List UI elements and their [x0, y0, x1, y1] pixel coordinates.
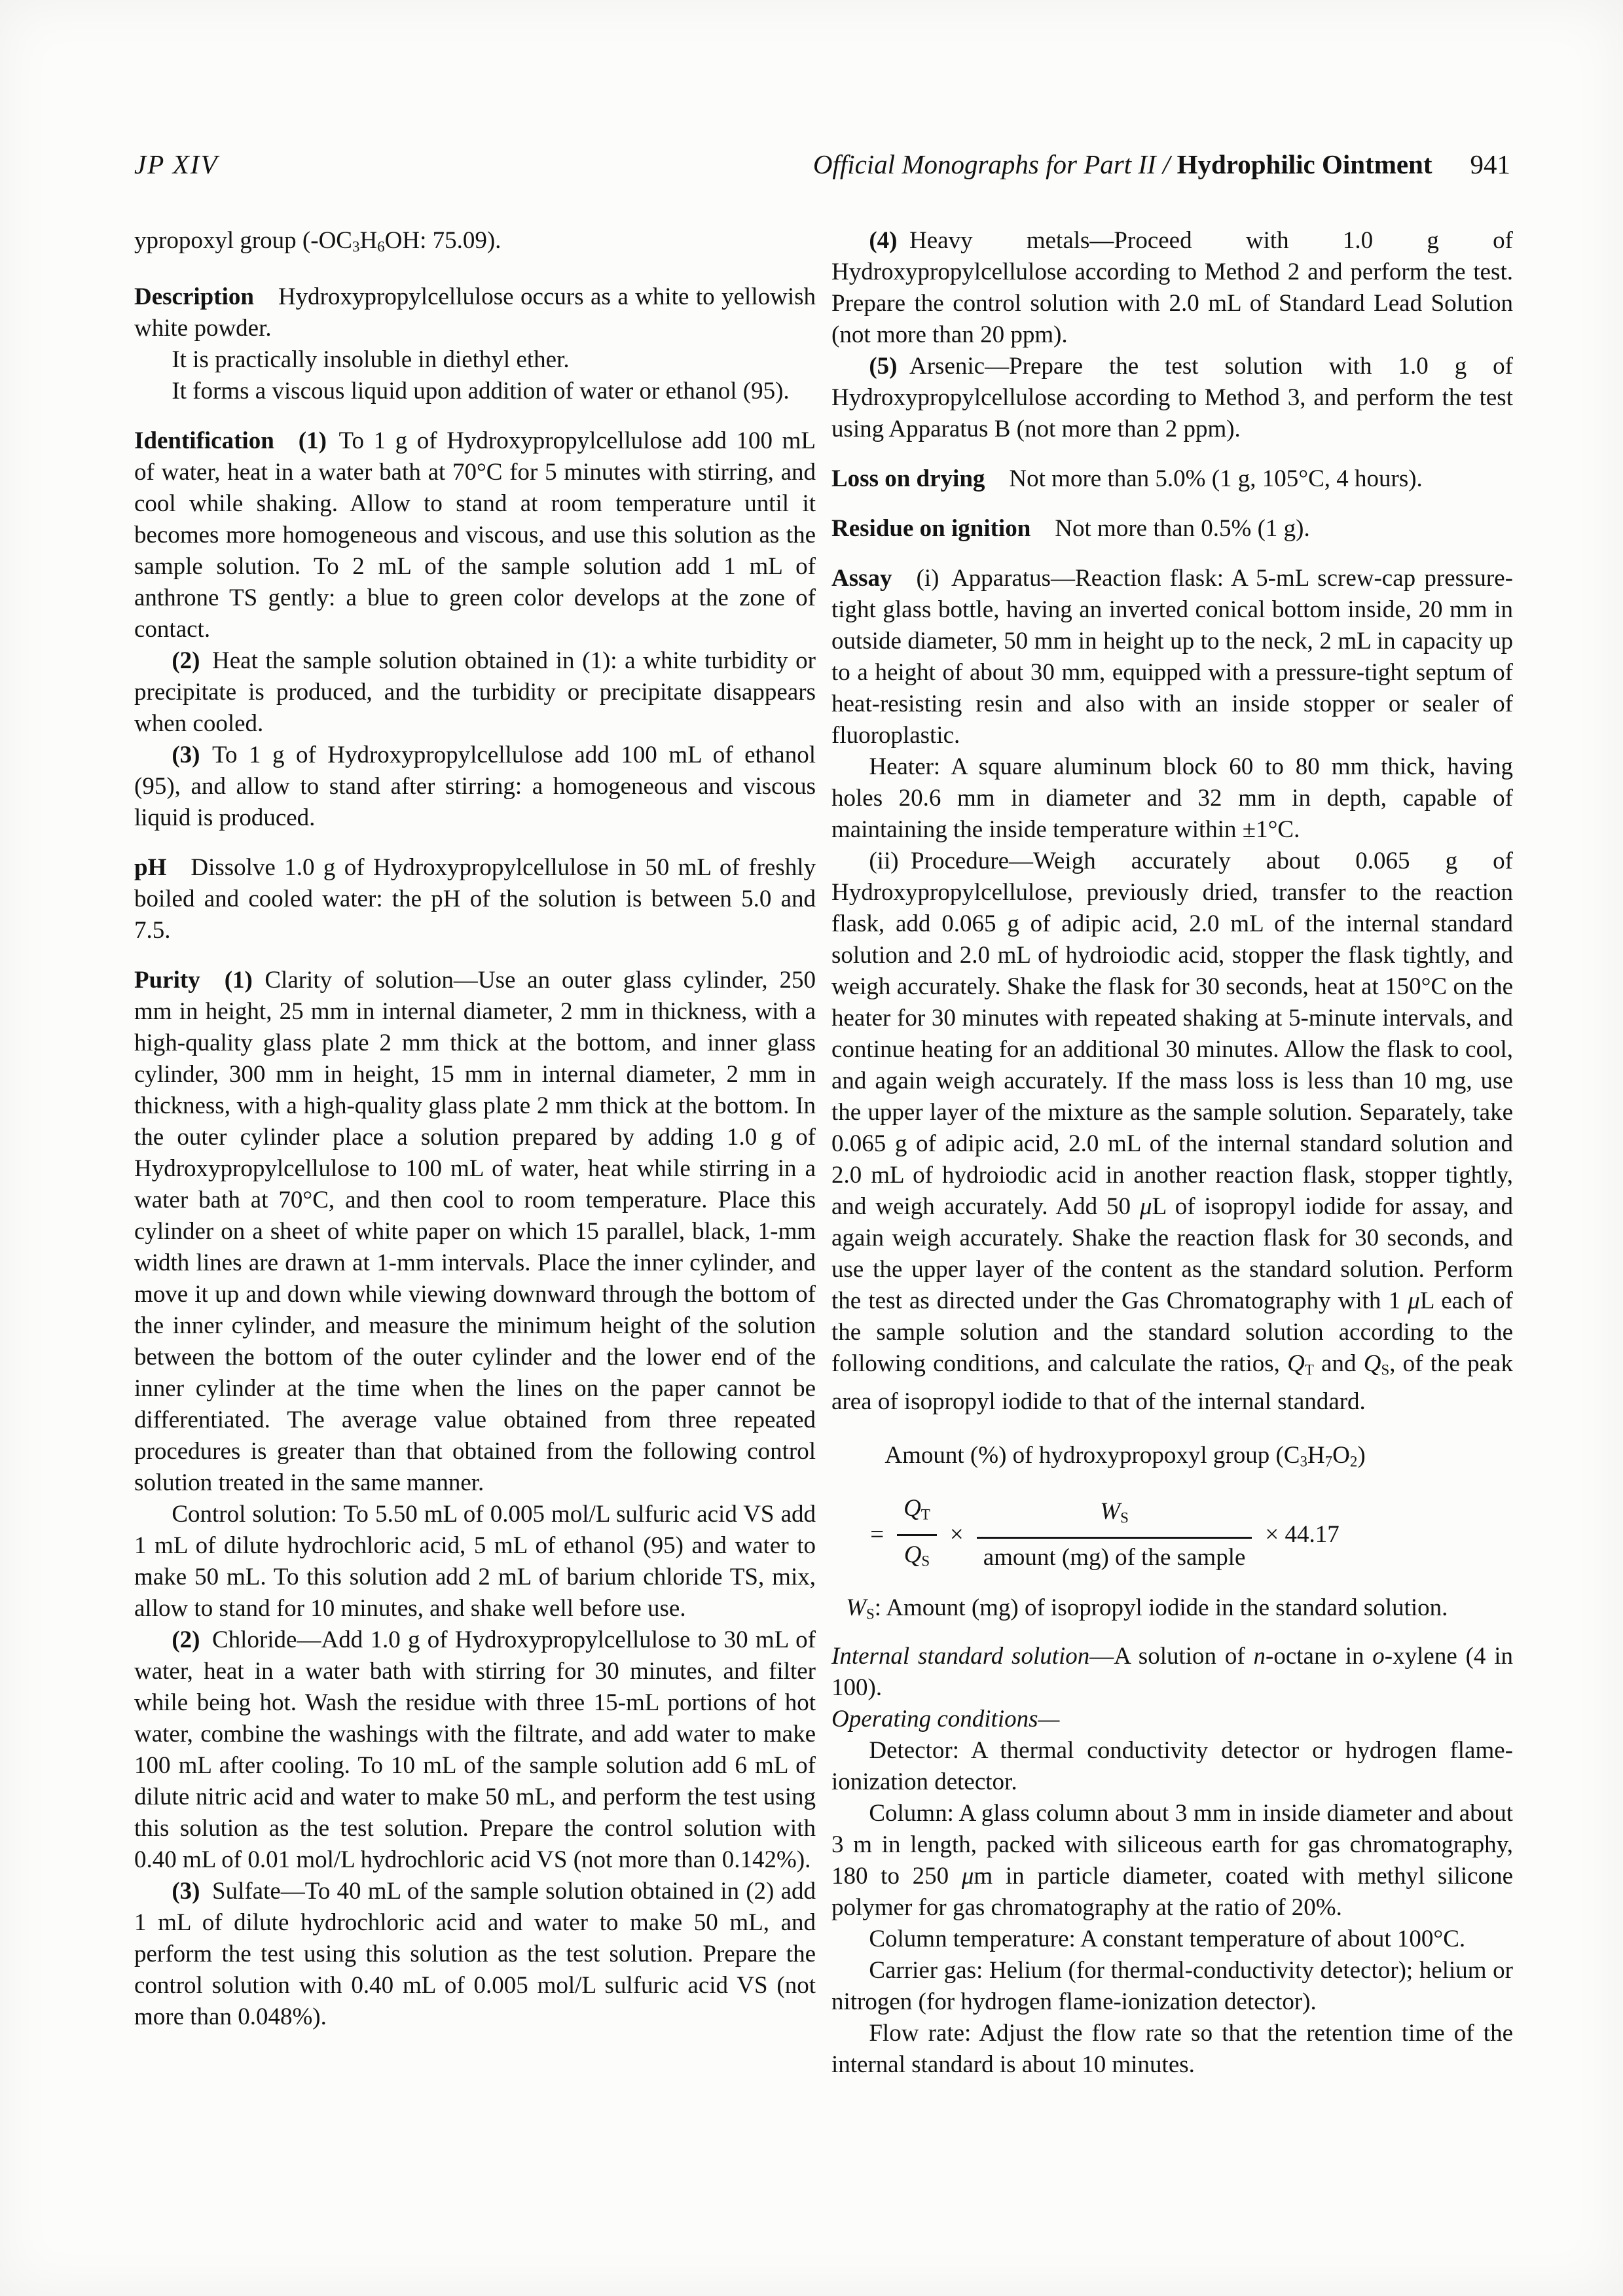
- text-run: Not more than 5.0% (1 g, 105°C, 4 hours)…: [985, 465, 1422, 492]
- subscript-text: T: [1305, 1362, 1314, 1378]
- purity-control-solution: Control solution: To 5.50 mL of 0.005 mo…: [134, 1499, 816, 1624]
- text-run: ): [1357, 1442, 1365, 1469]
- multiply-sign: ×: [950, 1519, 964, 1551]
- subscript-text: S: [1381, 1362, 1389, 1378]
- operating-column-temperature: Column temperature: A constant temperatu…: [831, 1924, 1513, 1955]
- bold-text: (1): [225, 967, 253, 994]
- assay-equation: =QTQS×WSamount (mg) of the sample× 44.17: [870, 1493, 1513, 1577]
- text-run: Not more than 0.5% (1 g).: [1030, 515, 1309, 542]
- text-run: Flow rate: Adjust the flow rate so that …: [831, 2020, 1513, 2078]
- text-run: H: [1307, 1442, 1325, 1469]
- purity-3-sulfate: (3) Sulfate—To 40 mL of the sample solut…: [134, 1876, 816, 2033]
- mass-fraction-numerator: WS: [977, 1496, 1252, 1537]
- subscript-text: S: [1120, 1509, 1129, 1526]
- italic-text: Q: [903, 1495, 921, 1522]
- assay-ws-definition: WS: Amount (mg) of isopropyl iodide in t…: [831, 1592, 1513, 1630]
- journal-title: JP XIV: [134, 148, 219, 181]
- text-run: Amount (%) of hydroxypropoxyl group (C: [884, 1442, 1300, 1469]
- text-run: (i) Apparatus—Reaction flask: A 5-mL scr…: [831, 565, 1513, 749]
- italic-text: Internal standard solution: [831, 1643, 1089, 1670]
- subscript-text: 6: [377, 239, 384, 255]
- assay-formula-heading: Amount (%) of hydroxypropoxyl group (C3H…: [884, 1440, 1513, 1478]
- italic-text: Q: [1287, 1350, 1305, 1377]
- text-run: and: [1314, 1350, 1364, 1377]
- purity-2-chloride: (2) Chloride—Add 1.0 g of Hydroxypropylc…: [134, 1624, 816, 1876]
- subscript-text: T: [921, 1507, 930, 1523]
- text-run: Control solution: To 5.50 mL of 0.005 mo…: [134, 1501, 816, 1622]
- text-run: To 1 g of Hydroxypropylcellulose add 100…: [134, 742, 816, 831]
- text-run: -octane in: [1266, 1643, 1372, 1670]
- two-column-body: ypropoxyl group (-OC3H6OH: 75.09).Descri…: [134, 225, 1513, 2081]
- ratio-fraction-numerator: QT: [897, 1493, 937, 1534]
- ratio-fraction: QTQS: [897, 1493, 937, 1577]
- text-run: OH: 75.09).: [385, 227, 501, 254]
- document-page: JP XIV Official Monographs for Part II /…: [0, 0, 1623, 2296]
- bold-text: Description: [134, 283, 254, 310]
- operating-flow-rate: Flow rate: Adjust the flow rate so that …: [831, 2018, 1513, 2081]
- purity-4-heavy-metals: (4) Heavy metals—Proceed with 1.0 g of H…: [831, 225, 1513, 351]
- italic-text: n: [1254, 1643, 1266, 1670]
- text-run: H: [359, 227, 377, 254]
- text-run: It is practically insoluble in diethyl e…: [172, 346, 569, 373]
- bold-text: Identification: [134, 427, 274, 454]
- internal-standard-solution: Internal standard solution—A solution of…: [831, 1641, 1513, 1704]
- text-run: (ii) Procedure—Weigh accurately about 0.…: [831, 848, 1513, 1220]
- text-run: Heavy metals—Proceed with 1.0 g of Hydro…: [831, 227, 1513, 348]
- right-column: (4) Heavy metals—Proceed with 1.0 g of H…: [831, 225, 1513, 2081]
- page-number: 941: [1470, 148, 1511, 181]
- italic-text: μ: [1408, 1287, 1420, 1314]
- description-solubility: It is practically insoluble in diethyl e…: [134, 344, 816, 376]
- section-description: Description Hydroxypropylcellulose occur…: [134, 281, 816, 344]
- text-run: Carrier gas: Helium (for thermal-conduct…: [831, 1957, 1513, 2015]
- continued-paragraph-hydroxypropoxyl: ypropoxyl group (-OC3H6OH: 75.09).: [134, 225, 816, 263]
- subscript-text: S: [866, 1606, 875, 1623]
- italic-text: μ: [1140, 1193, 1152, 1220]
- section-assay-apparatus: Assay (i) Apparatus—Reaction flask: A 5-…: [831, 563, 1513, 751]
- bold-text: (2): [172, 1626, 200, 1653]
- text-run: Column temperature: A constant temperatu…: [869, 1926, 1465, 1952]
- running-title-bold: Hydrophilic Ointment: [1177, 149, 1432, 179]
- assay-procedure: (ii) Procedure—Weigh accurately about 0.…: [831, 846, 1513, 1418]
- section-identification-1: Identification (1) To 1 g of Hydroxyprop…: [134, 425, 816, 645]
- section-ph: pH Dissolve 1.0 g of Hydroxypropylcellul…: [134, 852, 816, 946]
- ratio-fraction-denominator: QS: [897, 1534, 937, 1577]
- text-run: Heater: A square aluminum block 60 to 80…: [831, 753, 1513, 843]
- running-title: Official Monographs for Part II / Hydrop…: [813, 148, 1432, 181]
- operating-carrier-gas: Carrier gas: Helium (for thermal-conduct…: [831, 1955, 1513, 2018]
- bold-text: (4): [869, 227, 897, 254]
- text-run: Clarity of solution—Use an outer glass c…: [134, 967, 816, 1496]
- italic-text: Q: [1364, 1350, 1381, 1377]
- text-run: ypropoxyl group (-OC: [134, 227, 352, 254]
- running-title-italic: Official Monographs for Part II /: [813, 149, 1177, 179]
- text-run: : Amount (mg) of isopropyl iodide in the…: [875, 1594, 1448, 1621]
- italic-text: Q: [904, 1541, 922, 1568]
- italic-text: μ: [962, 1863, 974, 1890]
- italic-text: Operating conditions—: [831, 1706, 1059, 1732]
- text-run: To 1 g of Hydroxypropylcellulose add 100…: [134, 427, 816, 643]
- identification-2: (2) Heat the sample solution obtained in…: [134, 645, 816, 740]
- text-run: Detector: A thermal conductivity detecto…: [831, 1737, 1513, 1795]
- bold-text: pH: [134, 854, 166, 881]
- italic-text: W: [1100, 1498, 1120, 1525]
- bold-text: (5): [869, 353, 897, 380]
- text-run: —A solution of: [1089, 1643, 1253, 1670]
- bold-text: Residue on ignition: [831, 515, 1030, 542]
- subscript-text: 2: [1350, 1453, 1357, 1469]
- italic-text: o: [1372, 1643, 1385, 1670]
- section-loss-on-drying: Loss on drying Not more than 5.0% (1 g, …: [831, 463, 1513, 495]
- operating-column: Column: A glass column about 3 mm in ins…: [831, 1798, 1513, 1924]
- italic-text: W: [846, 1594, 866, 1621]
- identification-3: (3) To 1 g of Hydroxypropylcellulose add…: [134, 740, 816, 834]
- text-run: Heat the sample solution obtained in (1)…: [134, 647, 816, 737]
- text-run: Arsenic—Prepare the test solution with 1…: [831, 353, 1513, 442]
- assay-heater: Heater: A square aluminum block 60 to 80…: [831, 751, 1513, 846]
- text-run: Dissolve 1.0 g of Hydroxypropylcellulose…: [134, 854, 816, 944]
- text-run: Chloride—Add 1.0 g of Hydroxypropylcellu…: [134, 1626, 816, 1873]
- subscript-text: S: [921, 1552, 930, 1569]
- mass-fraction-denominator: amount (mg) of the sample: [977, 1537, 1252, 1573]
- bold-text: Purity: [134, 967, 200, 994]
- equals-sign: =: [870, 1519, 884, 1551]
- text-run: It forms a viscous liquid upon addition …: [172, 378, 789, 404]
- bold-text: Loss on drying: [831, 465, 985, 492]
- text-run: Sulfate—To 40 mL of the sample solution …: [134, 1878, 816, 2030]
- operating-detector: Detector: A thermal conductivity detecto…: [831, 1735, 1513, 1798]
- bold-text: (2): [172, 647, 200, 674]
- text-run: [274, 427, 299, 454]
- subscript-text: 3: [352, 239, 359, 255]
- text-run: O: [1332, 1442, 1350, 1469]
- subscript-text: 3: [1300, 1453, 1307, 1469]
- purity-5-arsenic: (5) Arsenic—Prepare the test solution wi…: [831, 351, 1513, 445]
- left-column: ypropoxyl group (-OC3H6OH: 75.09).Descri…: [134, 225, 816, 2081]
- section-purity-1-clarity: Purity (1) Clarity of solution—Use an ou…: [134, 965, 816, 1499]
- description-viscous: It forms a viscous liquid upon addition …: [134, 376, 816, 407]
- bold-text: (3): [172, 1878, 200, 1905]
- operating-conditions-heading: Operating conditions—: [831, 1704, 1513, 1735]
- mass-fraction: WSamount (mg) of the sample: [977, 1496, 1252, 1574]
- subscript-text: 7: [1325, 1453, 1332, 1469]
- constant-factor: × 44.17: [1265, 1519, 1339, 1551]
- bold-text: Assay: [831, 565, 892, 592]
- bold-text: (1): [299, 427, 327, 454]
- text-run: [200, 967, 225, 994]
- section-residue-on-ignition: Residue on ignition Not more than 0.5% (…: [831, 513, 1513, 545]
- bold-text: (3): [172, 742, 200, 768]
- text-run: amount (mg) of the sample: [983, 1544, 1246, 1571]
- page-header: JP XIV Official Monographs for Part II /…: [134, 148, 1510, 181]
